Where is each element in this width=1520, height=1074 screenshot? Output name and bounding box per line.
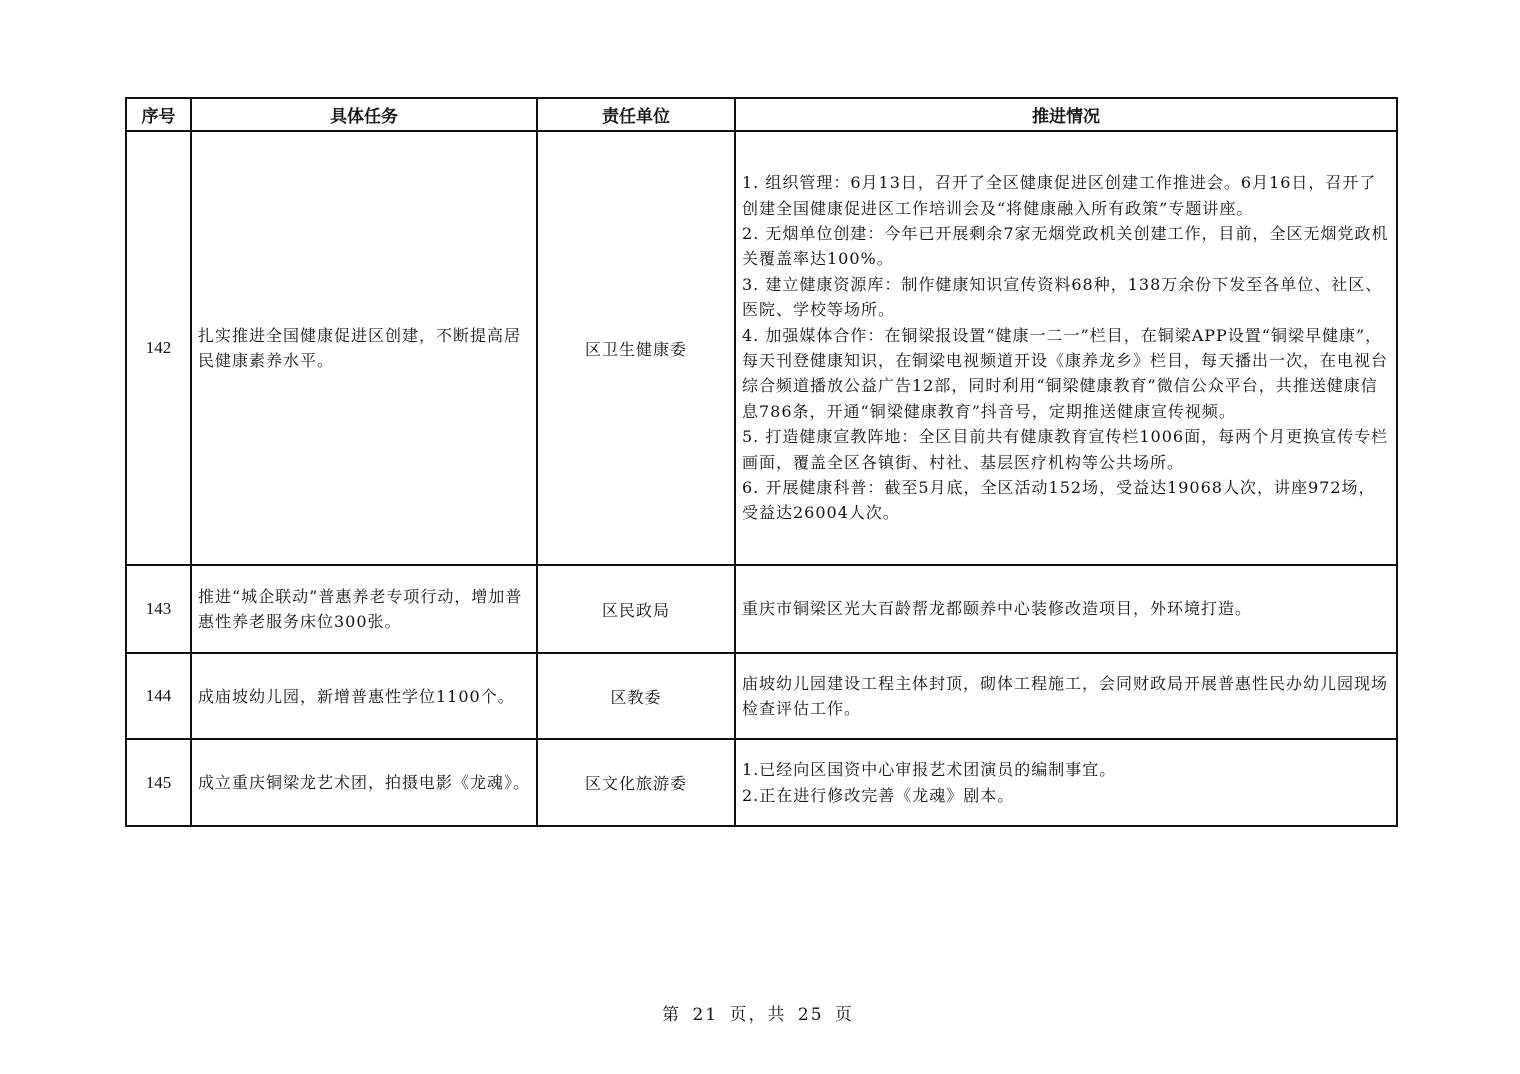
progress-item: 2.正在进行修改完善《龙魂》剧本。 xyxy=(742,783,1390,808)
task-description: 扎实推进全国健康促进区创建，不断提高居民健康素养水平。 xyxy=(191,131,537,565)
progress-item: 3. 建立健康资源库：制作健康知识宣传资料68种，138万余份下发至各单位、社区… xyxy=(742,272,1390,323)
responsible-unit: 区教委 xyxy=(537,653,735,739)
progress-cell: 1.已经向区国资中心审报艺术团演员的编制事宜。 2.正在进行修改完善《龙魂》剧本… xyxy=(735,739,1397,826)
task-progress-table: 序号 具体任务 责任单位 推进情况 142 扎实推进全国健康促进区创建，不断提高… xyxy=(125,97,1398,827)
row-number: 145 xyxy=(126,739,191,826)
page-number-footer: 第 21 页，共 25 页 xyxy=(0,1000,1518,1025)
progress-item: 庙坡幼儿园建设工程主体封顶，砌体工程施工，会同财政局开展普惠性民办幼儿园现场检查… xyxy=(742,671,1390,722)
progress-cell: 重庆市铜梁区光大百龄帮龙都颐养中心装修改造项目，外环境打造。 xyxy=(735,565,1397,653)
responsible-unit: 区民政局 xyxy=(537,565,735,653)
task-description: 成庙坡幼儿园，新增普惠性学位1100个。 xyxy=(191,653,537,739)
table-row: 144 成庙坡幼儿园，新增普惠性学位1100个。 区教委 庙坡幼儿园建设工程主体… xyxy=(126,653,1397,739)
progress-item: 1. 组织管理：6月13日，召开了全区健康促进区创建工作推进会。6月16日，召开… xyxy=(742,170,1390,221)
header-no: 序号 xyxy=(126,98,191,131)
header-unit: 责任单位 xyxy=(537,98,735,131)
progress-cell: 庙坡幼儿园建设工程主体封顶，砌体工程施工，会同财政局开展普惠性民办幼儿园现场检查… xyxy=(735,653,1397,739)
progress-item: 2. 无烟单位创建：今年已开展剩余7家无烟党政机关创建工作，目前，全区无烟党政机… xyxy=(742,221,1390,272)
row-number: 142 xyxy=(126,131,191,565)
progress-item: 重庆市铜梁区光大百龄帮龙都颐养中心装修改造项目，外环境打造。 xyxy=(742,596,1390,621)
responsible-unit: 区文化旅游委 xyxy=(537,739,735,826)
progress-item: 6. 开展健康科普：截至5月底，全区活动152场，受益达19068人次，讲座97… xyxy=(742,475,1390,526)
progress-item: 4. 加强媒体合作：在铜梁报设置“健康一二一”栏目，在铜梁APP设置“铜梁早健康… xyxy=(742,323,1390,425)
row-number: 143 xyxy=(126,565,191,653)
row-number: 144 xyxy=(126,653,191,739)
table-header-row: 序号 具体任务 责任单位 推进情况 xyxy=(126,98,1397,131)
table-row: 143 推进“城企联动”普惠养老专项行动，增加普惠性养老服务床位300张。 区民… xyxy=(126,565,1397,653)
header-progress: 推进情况 xyxy=(735,98,1397,131)
header-task: 具体任务 xyxy=(191,98,537,131)
table-row: 145 成立重庆铜梁龙艺术团，拍摄电影《龙魂》。 区文化旅游委 1.已经向区国资… xyxy=(126,739,1397,826)
progress-item: 1.已经向区国资中心审报艺术团演员的编制事宜。 xyxy=(742,757,1390,782)
responsible-unit: 区卫生健康委 xyxy=(537,131,735,565)
table-row: 142 扎实推进全国健康促进区创建，不断提高居民健康素养水平。 区卫生健康委 1… xyxy=(126,131,1397,565)
progress-cell: 1. 组织管理：6月13日，召开了全区健康促进区创建工作推进会。6月16日，召开… xyxy=(735,131,1397,565)
task-description: 成立重庆铜梁龙艺术团，拍摄电影《龙魂》。 xyxy=(191,739,537,826)
task-description: 推进“城企联动”普惠养老专项行动，增加普惠性养老服务床位300张。 xyxy=(191,565,537,653)
progress-item: 5. 打造健康宣教阵地：全区目前共有健康教育宣传栏1006面，每两个月更换宣传专… xyxy=(742,424,1390,475)
